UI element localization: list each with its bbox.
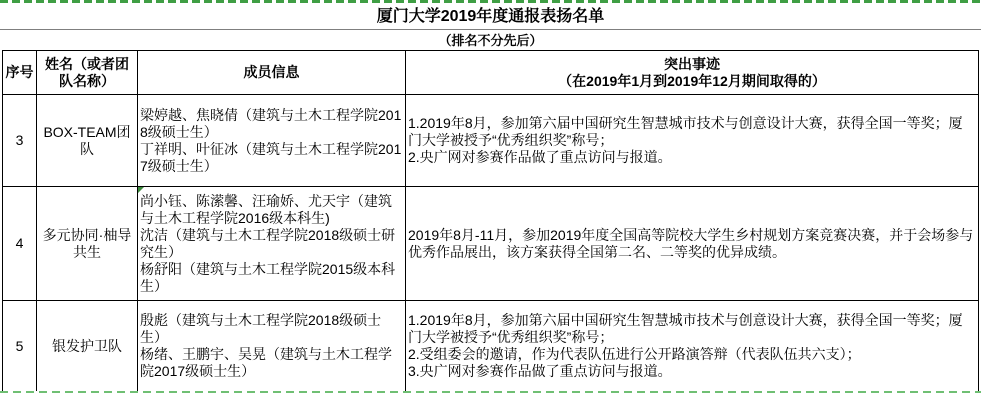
cell-no: 3 xyxy=(3,95,37,187)
header-name: 姓名（或者团队名称） xyxy=(37,51,138,95)
cell-team-name: 多元协同·柚导共生 xyxy=(37,187,138,301)
document-page: 厦门大学2019年度通报表扬名单 （排名不分先后） 序号 姓名（或者团队名称） … xyxy=(0,0,981,397)
cell-error-indicator-icon xyxy=(138,187,144,193)
cell-deeds: 1.2019年8月，参加第六届中国研究生智慧城市技术与创意设计大赛，获得全国一等… xyxy=(406,301,979,392)
header-deeds: 突出事迹 （在2019年1月到2019年12月期间取得的） xyxy=(406,51,979,95)
cell-members: 梁婷越、焦晓倩（建筑与土木工程学院2018级硕士生） 丁祥明、叶征冰（建筑与土木… xyxy=(138,95,406,187)
cell-team-name: 银发护卫队 xyxy=(37,301,138,392)
page-subtitle: （排名不分先后） xyxy=(0,32,981,50)
page-break-dashed-line-top xyxy=(0,0,981,3)
page-break-dashed-line-bottom xyxy=(0,391,981,393)
title-divider xyxy=(0,29,981,30)
cell-members: 尚小钰、陈潆馨、汪瑜娇、尤天宇（建筑与土木工程学院2016级本科生) 沈洁（建筑… xyxy=(138,187,406,301)
cell-team-name: BOX-TEAM团队 xyxy=(37,95,138,187)
header-no: 序号 xyxy=(3,51,37,95)
commendation-table: 序号 姓名（或者团队名称） 成员信息 突出事迹 （在2019年1月到2019年1… xyxy=(2,50,979,392)
page-title: 厦门大学2019年度通报表扬名单 xyxy=(0,5,981,29)
table-row: 3 BOX-TEAM团队 梁婷越、焦晓倩（建筑与土木工程学院2018级硕士生） … xyxy=(3,95,979,187)
cell-deeds: 1.2019年8月，参加第六届中国研究生智慧城市技术与创意设计大赛，获得全国一等… xyxy=(406,95,979,187)
table-header-row: 序号 姓名（或者团队名称） 成员信息 突出事迹 （在2019年1月到2019年1… xyxy=(3,51,979,95)
header-members: 成员信息 xyxy=(138,51,406,95)
cell-members-text: 尚小钰、陈潆馨、汪瑜娇、尤天宇（建筑与土木工程学院2016级本科生) 沈洁（建筑… xyxy=(140,193,395,294)
cell-deeds: 2019年8月-11月，参加2019年度全国高等院校大学生乡村规划方案竞赛决赛，… xyxy=(406,187,979,301)
cell-members: 殷彪（建筑与土木工程学院2018级硕士生） 杨绪、王鹏宇、吴晃（建筑与土木工程学… xyxy=(138,301,406,392)
cell-no: 5 xyxy=(3,301,37,392)
table-row: 5 银发护卫队 殷彪（建筑与土木工程学院2018级硕士生） 杨绪、王鹏宇、吴晃（… xyxy=(3,301,979,392)
cell-no: 4 xyxy=(3,187,37,301)
table-row: 4 多元协同·柚导共生 尚小钰、陈潆馨、汪瑜娇、尤天宇（建筑与土木工程学院201… xyxy=(3,187,979,301)
